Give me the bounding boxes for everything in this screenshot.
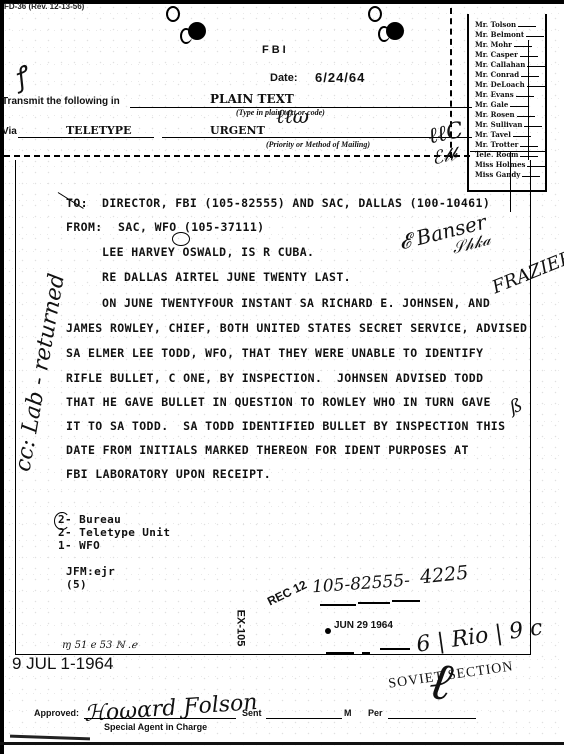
routing-item: Mr. Evans [475,90,545,100]
punch-hole-icon [386,22,404,40]
per-underline [388,718,476,719]
sent-underline [266,718,342,719]
approved-underline [84,718,236,719]
routing-item: Mr. Tavel [475,130,545,140]
body-line: SA ELMER LEE TODD, WFO, THAT THEY WERE U… [66,346,483,360]
date-value: 6/24/64 [315,70,365,85]
priority-value: URGENT [210,124,265,137]
routing-item: Mr. Tolson [475,20,545,30]
punch-hole-ring-icon [166,6,180,22]
handwritten-routing-mark: ɱ 51 e 53 ℕ .ℯ [62,640,137,651]
received-date-stamp: JUN 29 1964 [334,620,393,631]
handwritten-large-initial: ℓ [425,651,457,714]
priority-underline [162,137,472,138]
routing-item: Mr. Belmont [475,30,545,40]
distribution-item: 1- WFO [58,539,100,552]
stamp-line [362,652,370,654]
agency-title: FBI [262,44,289,56]
body-line: FBI LABORATORY UPON RECEIPT. [66,467,271,481]
routing-divider [470,151,546,152]
routing-item: Mr. Callahan [475,60,545,70]
body-line: JAMES ROWLEY, CHIEF, BOTH UNITED STATES … [66,321,527,335]
distribution-item: 2- Teletype Unit [58,526,170,539]
right-margin-line [528,40,529,160]
copy-count: (5) [66,578,87,591]
stamp-line [392,600,420,602]
form-number: FD-36 (Rev. 12-13-56) [4,2,84,11]
ex-stamp: EX-105 [234,610,246,647]
stamp-line [380,648,410,650]
via-label: Via [2,126,17,137]
routing-item: Mr. DeLoach [475,80,545,90]
routing-item: Mr. Rosen [475,110,545,120]
handwritten-initial: ꝭ [8,57,32,95]
transmit-label: Transmit the following in [2,96,120,107]
stamp-dot [325,628,331,634]
scan-smear [10,735,90,741]
handwritten-circle [172,232,190,246]
routing-item: Mr. Casper [475,50,545,60]
reference-line: RE DALLAS AIRTEL JUNE TWENTY LAST. [102,270,351,284]
via-underline [18,137,154,138]
dictation-initials: JFM:ejr [66,565,115,578]
body-line: DATE FROM INITIALS MARKED THEREON FOR ID… [66,443,469,457]
stamp-line [326,652,354,654]
body-line: ON JUNE TWENTYFOUR INSTANT SA RICHARD E.… [102,296,490,310]
stamp-line [358,602,390,604]
punch-hole-ring-icon [368,6,382,22]
jul-date-stamp: 9 JUL 1-1964 [12,654,113,674]
subject-line: LEE HARVEY OSWALD, IS R CUBA. [102,245,314,259]
m-label: M [344,708,352,718]
handwritten-initials: ℓℓω [276,104,309,129]
via-value: TELETYPE [66,124,131,137]
per-label: Per [368,708,383,718]
scan-border-left [0,0,4,754]
distribution-item: 2- Bureau [58,513,121,526]
signer-title: Special Agent in Charge [104,722,207,732]
priority-hint: (Priority or Method of Mailing) [266,140,370,149]
to-label: TO: [66,196,88,210]
routing-item: Mr. Conrad [475,70,545,80]
routing-item: Mr. Gale [475,100,545,110]
scan-border-bottom [0,742,564,745]
sent-label: Sent [242,708,262,718]
scan-border-top [0,0,564,4]
routing-item: Mr. Mohr [475,40,545,50]
body-line: RIFLE BULLET, C ONE, BY INSPECTION. JOHN… [66,371,483,385]
routing-item: Mr. Trotter [475,140,545,150]
approved-label: Approved: [34,708,79,718]
date-label: Date: [270,72,298,84]
body-line: IT TO SA TODD. SA TODD IDENTIFIED BULLET… [66,419,505,433]
stamp-line [320,604,356,606]
routing-item: Mr. Sullivan [475,120,545,130]
body-line: THAT HE GAVE BULLET IN QUESTION TO ROWLE… [66,395,491,409]
from-label: FROM: [66,220,103,234]
header-divider [4,155,470,157]
from-value: SAC, WFO (105-37111) [118,220,264,234]
to-value: DIRECTOR, FBI (105-82555) AND SAC, DALLA… [102,196,490,210]
punch-hole-icon [188,22,206,40]
